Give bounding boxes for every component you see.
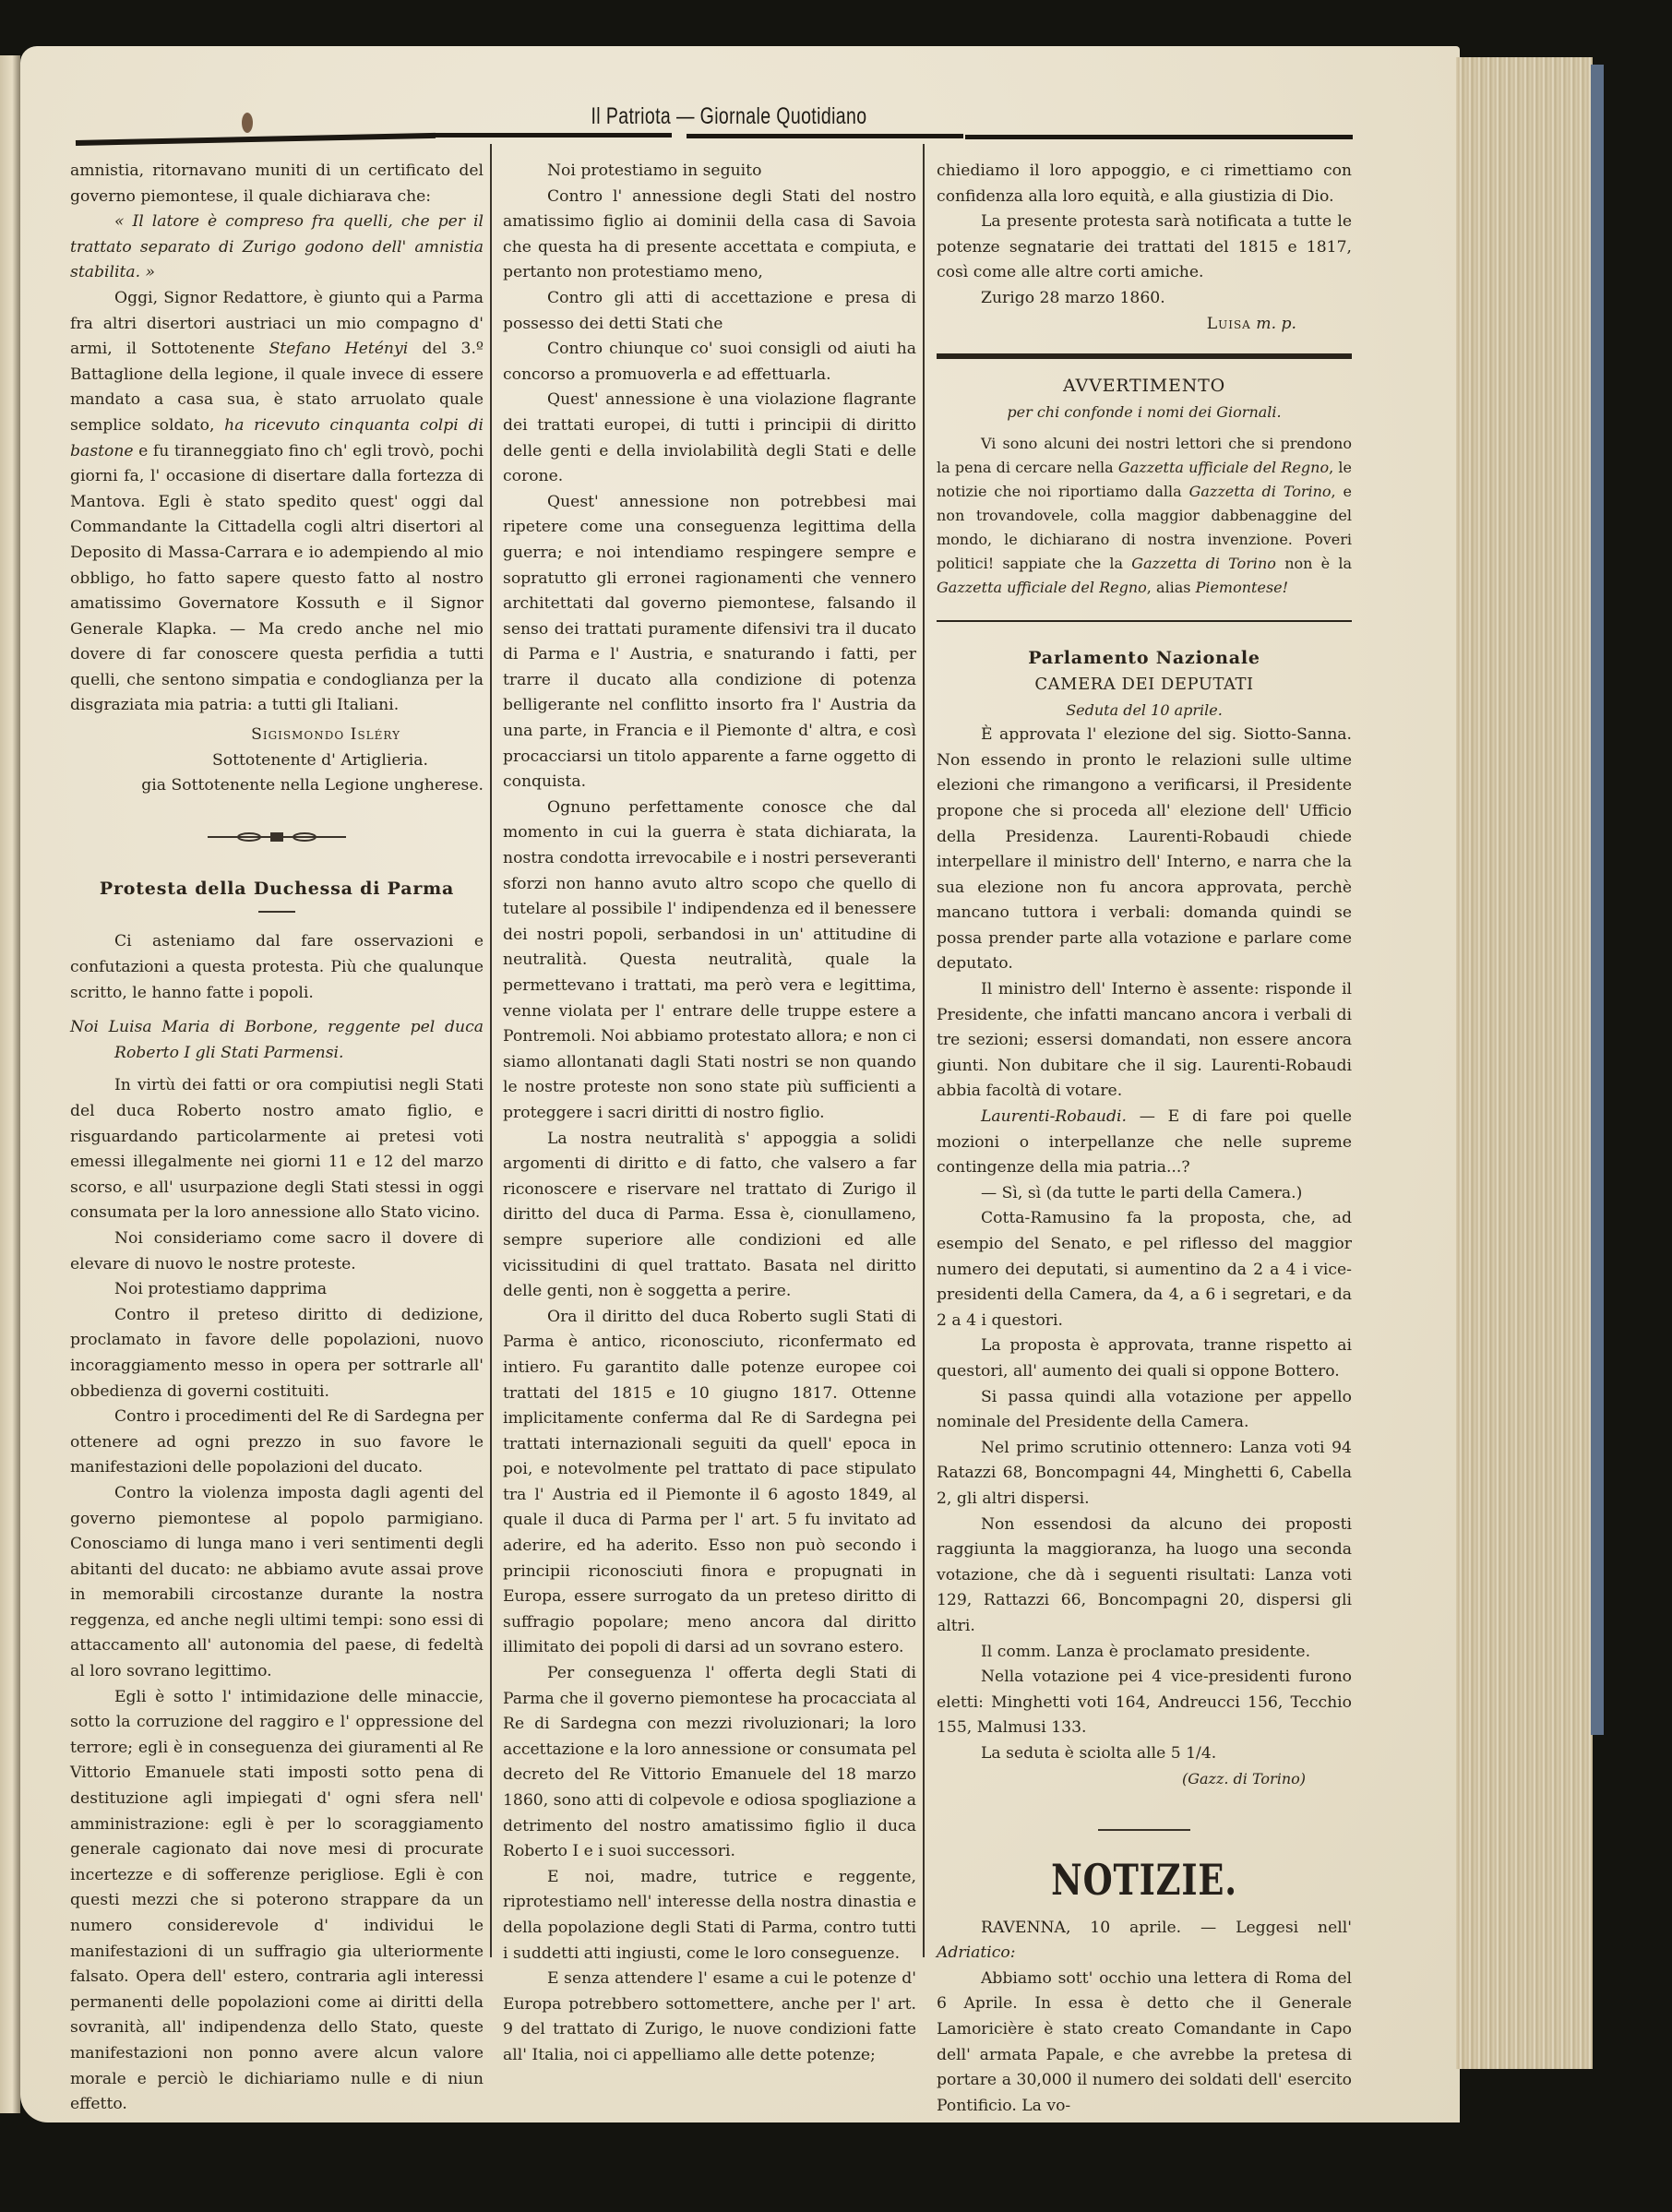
- book-page-stack: [1456, 57, 1593, 2069]
- column-divider-1: [490, 144, 492, 1957]
- article-paragraph: Nella votazione pei 4 vice-presidenti fu…: [937, 1665, 1352, 1741]
- article-paragraph: Nel primo scrutinio ottennero: Lanza vot…: [937, 1436, 1352, 1513]
- dateline: Zurigo 28 marzo 1860.: [937, 286, 1352, 312]
- article-paragraph: Quest' annessione non potrebbesi mai rip…: [503, 490, 916, 795]
- running-head: Il Patriota — Giornale Quotidiano: [578, 103, 880, 130]
- news-dateline: RAVENNA, 10 aprile. — Leggesi nell' Adri…: [937, 1916, 1352, 1967]
- article-paragraph: Oggi, Signor Redattore, è giunto qui a P…: [70, 286, 484, 719]
- article-paragraph: Contro chiunque co' suoi consigli od aiu…: [503, 337, 916, 388]
- ink-smudge: [242, 113, 253, 133]
- section-rule: [937, 620, 1352, 622]
- article-paragraph: chiediamo il loro appoggio, e ci rimetti…: [937, 159, 1352, 209]
- header-rule-mid2: [687, 134, 963, 138]
- article-paragraph: Non essendosi da alcuno dei proposti rag…: [937, 1513, 1352, 1640]
- signature-title: gia Sottotenente nella Legione ungherese…: [70, 773, 484, 799]
- article-paragraph: Ognuno perfettamente conosce che dal mom…: [503, 795, 916, 1127]
- article-paragraph: E senza attendere l' esame a cui le pote…: [503, 1967, 916, 2068]
- article-paragraph: Cotta-Ramusino fa la proposta, che, ad e…: [937, 1206, 1352, 1333]
- article-paragraph: Ora il diritto del duca Roberto sugli St…: [503, 1305, 916, 1661]
- article-paragraph: La seduta è sciolta alle 5 1/4.: [937, 1741, 1352, 1767]
- proclamation-heading: Noi Luisa Maria di Borbone, reggente pel…: [70, 1015, 484, 1066]
- news-section-title: NOTIZIE.: [978, 1868, 1310, 1894]
- certificate-quote: « Il latore è compreso fra quelli, che p…: [70, 209, 484, 286]
- column-3: chiediamo il loro appoggio, e ci rimetti…: [937, 159, 1352, 2119]
- article-paragraph: Egli è sotto l' intimidazione delle mina…: [70, 1685, 484, 2118]
- article-paragraph: Il comm. Lanza è proclamato presidente.: [937, 1640, 1352, 1666]
- session-date: Seduta del 10 aprile.: [937, 698, 1352, 723]
- article-paragraph: Laurenti-Robaudi. — E di fare poi quelle…: [937, 1105, 1352, 1181]
- header-rule-right: [965, 135, 1353, 139]
- article-paragraph: Abbiamo sott' occhio una lettera di Roma…: [937, 1967, 1352, 2120]
- signature-title: Sottotenente d' Artiglieria.: [70, 748, 428, 774]
- article-paragraph: E noi, madre, tutrice e reggente, riprot…: [503, 1865, 916, 1967]
- article-paragraph: La nostra neutralità s' appoggia a solid…: [503, 1127, 916, 1305]
- book-cover-edge: [1591, 65, 1604, 1735]
- parliament-title: Parlamento Nazionale: [937, 646, 1352, 672]
- article-paragraph: Contro il preteso diritto di dedizione, …: [70, 1303, 484, 1405]
- article-paragraph: Contro la violenza imposta dagli agenti …: [70, 1481, 484, 1685]
- section-rule: [937, 353, 1352, 359]
- article-paragraph: Si passa quindi alla votazione per appel…: [937, 1385, 1352, 1436]
- ornament-divider: [70, 831, 484, 843]
- article-paragraph: Il ministro dell' Interno è assente: ris…: [937, 977, 1352, 1105]
- article-paragraph: Noi protestiamo dapprima: [70, 1277, 484, 1303]
- header-rule-mid1: [432, 133, 672, 138]
- column-1: amnistia, ritornavano muniti di un certi…: [70, 159, 484, 2118]
- article-paragraph: Quest' annessione è una violazione flagr…: [503, 388, 916, 489]
- article-paragraph: Ci asteniamo dal fare osservazioni e con…: [70, 929, 484, 1006]
- ornament-icon: [208, 831, 346, 843]
- article-paragraph: Contro i procedimenti del Re di Sardegna…: [70, 1405, 484, 1481]
- column-divider-2: [923, 144, 925, 1957]
- notice-title: AVVERTIMENTO: [937, 374, 1352, 400]
- article-paragraph: Noi consideriamo come sacro il dovere di…: [70, 1226, 484, 1277]
- section-title: Protesta della Duchessa di Parma: [70, 877, 484, 903]
- article-paragraph: La proposta è approvata, tranne rispetto…: [937, 1333, 1352, 1384]
- article-paragraph: Contro gli atti di accettazione e presa …: [503, 286, 916, 337]
- article-paragraph: Per conseguenza l' offerta degli Stati d…: [503, 1661, 916, 1865]
- signature-name: Sigismondo Isléry: [70, 723, 400, 748]
- article-paragraph: Noi protestiamo in seguito: [503, 159, 916, 185]
- column-2: Noi protestiamo in seguito Contro l' ann…: [503, 159, 916, 2069]
- short-rule: [1098, 1829, 1190, 1831]
- notice-subtitle: per chi confonde i nomi dei Giornali.: [937, 400, 1352, 425]
- signature: Luisa m. p.: [937, 312, 1296, 338]
- chamber-title: CAMERA DEI DEPUTATI: [937, 672, 1352, 698]
- notice-body: Vi sono alcuni dei nostri lettori che si…: [937, 432, 1352, 600]
- article-paragraph: Contro l' annessione degli Stati del nos…: [503, 185, 916, 286]
- article-paragraph: La presente protesta sarà notificata a t…: [937, 209, 1352, 286]
- source-credit: (Gazz. di Torino): [937, 1766, 1306, 1792]
- article-paragraph: — Sì, sì (da tutte le parti della Camera…: [937, 1181, 1352, 1207]
- article-paragraph: È approvata l' elezione del sig. Siotto-…: [937, 723, 1352, 977]
- article-paragraph: In virtù dei fatti or ora compiutisi neg…: [70, 1073, 484, 1226]
- short-rule: [258, 911, 295, 913]
- facing-page-edge: [0, 55, 20, 2113]
- article-paragraph: amnistia, ritornavano muniti di un certi…: [70, 159, 484, 209]
